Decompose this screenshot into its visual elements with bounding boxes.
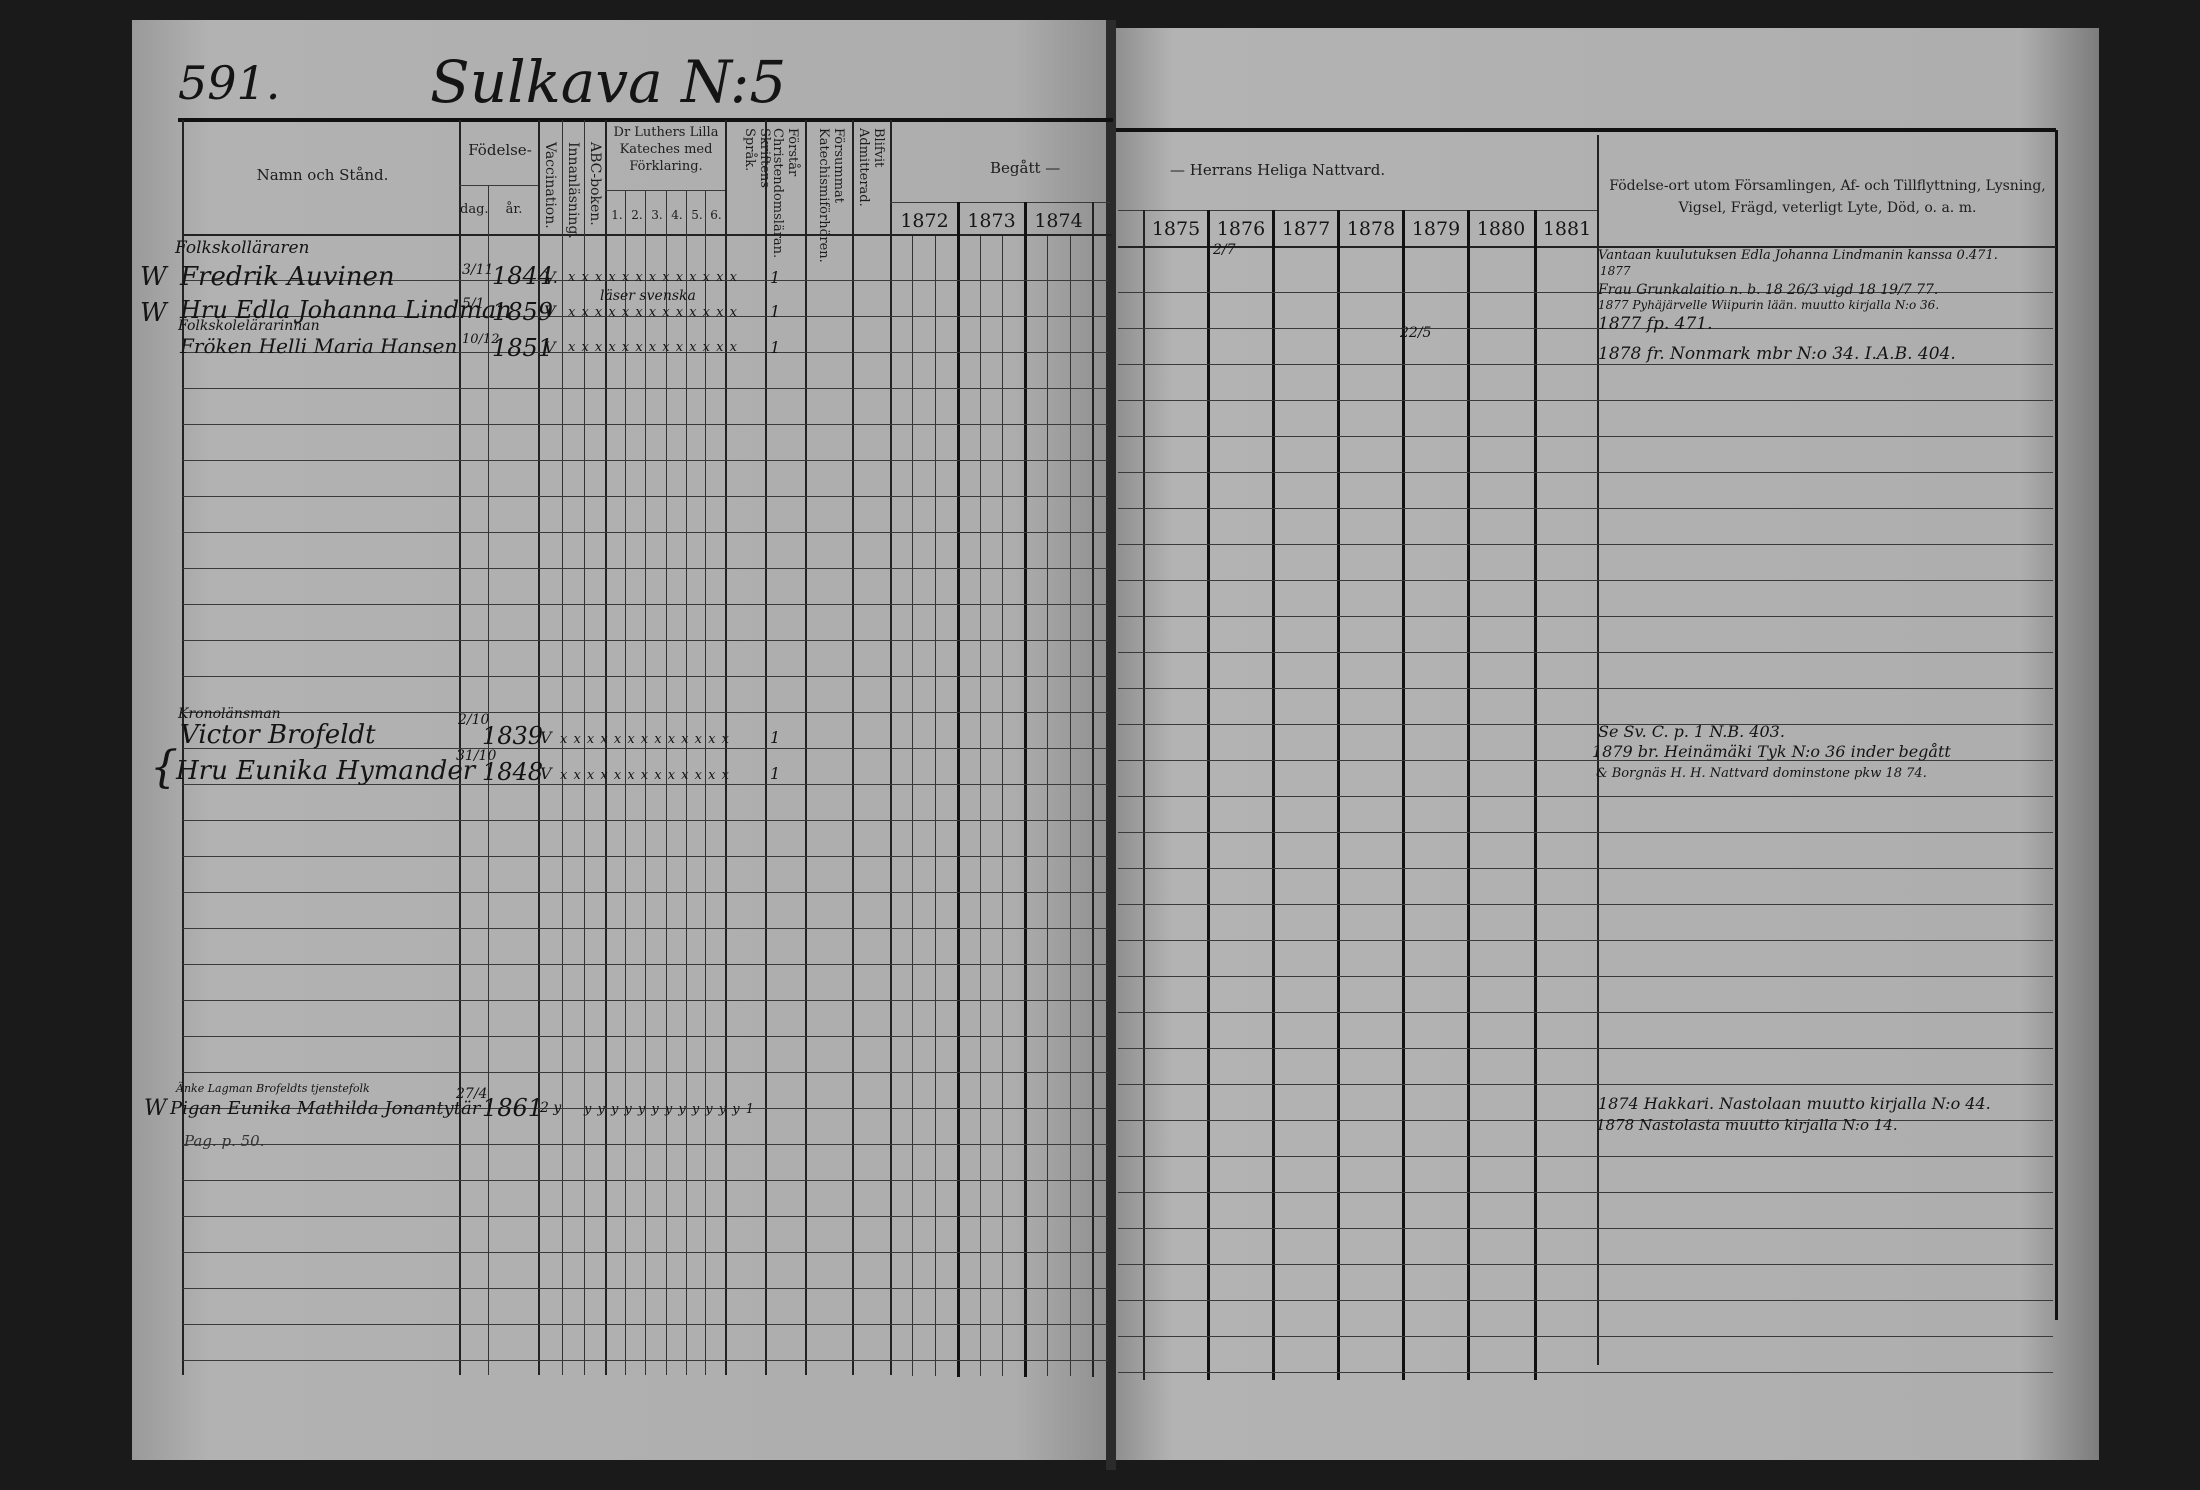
- col-rule: [1070, 236, 1071, 1376]
- col-rule: [1337, 210, 1340, 1380]
- catechism-marks: x x x x x x x x x x x x x: [560, 732, 730, 747]
- year-1873: 1873: [959, 210, 1024, 232]
- margin-mark: W: [140, 298, 167, 328]
- margin-brace: {: [150, 742, 178, 793]
- table-top-rule: [178, 118, 1113, 122]
- vaccination-mark: V.: [544, 268, 558, 287]
- note-line: 1877: [1600, 264, 1631, 278]
- reading-note: läser svenska: [600, 288, 696, 304]
- row-rule: [183, 856, 1108, 857]
- vaccination-mark: V: [540, 728, 552, 747]
- row-rule: [1118, 868, 2053, 869]
- row-rule: [1118, 1012, 2053, 1013]
- header-cat-2: 2.: [627, 205, 647, 225]
- row-rule: [1118, 1120, 2053, 1121]
- row-rule: [183, 424, 1108, 425]
- catechism-marks: y y y y y y y y y y y y 1: [584, 1102, 755, 1117]
- vaccination-mark: V: [544, 302, 556, 321]
- subhead-rule: [1118, 210, 1597, 211]
- col-rule: [1002, 236, 1003, 1376]
- header-cat-6: 6.: [706, 205, 726, 225]
- year-1877: 1877: [1275, 218, 1337, 240]
- note-line: 1877 Pyhäjärvelle Wiipurin lään. muutto …: [1598, 298, 1939, 312]
- row-rule: [183, 1000, 1108, 1001]
- table-top-rule-right: [1116, 128, 2056, 132]
- note-line: 1879 br. Heinämäki Tyk N:o 36 inder begå…: [1592, 742, 1951, 761]
- row-rule: [183, 604, 1108, 605]
- birth-year: 1848: [482, 758, 543, 786]
- scripture-mark: 1: [770, 728, 780, 747]
- page-reference: Pag. p. 50.: [184, 1132, 265, 1150]
- note-line: 1878 Nastolasta muutto kirjalla N:o 14.: [1596, 1116, 1898, 1134]
- year-1881: 1881: [1537, 218, 1597, 240]
- row-rule: [1118, 508, 2053, 509]
- header-admitted: Blifvit Admitterad.: [858, 128, 886, 228]
- header-scripture: Skriftens Språk.: [742, 128, 772, 233]
- row-rule: [1118, 1372, 2053, 1373]
- row-rule: [183, 1036, 1108, 1037]
- occupation-label: Folkskolelärarinnan: [178, 318, 320, 334]
- row-rule: [183, 1324, 1108, 1325]
- scripture-mark: 1: [770, 268, 780, 287]
- header-bottom-rule: [182, 234, 1112, 236]
- margin-mark: W: [140, 262, 167, 292]
- birth-year: 1839: [482, 722, 543, 750]
- row-rule: [183, 568, 1108, 569]
- row-rule: [1118, 364, 2053, 365]
- row-rule: [1118, 1084, 2053, 1085]
- col-rule: [1402, 210, 1405, 1380]
- header-birth-day: dag.: [460, 200, 488, 220]
- person-name: Fredrik Auvinen: [180, 262, 395, 292]
- row-rule: [1118, 616, 2053, 617]
- row-rule: [1118, 796, 2053, 797]
- row-rule: [1118, 688, 2053, 689]
- col-rule: [1024, 202, 1027, 1377]
- header-cat-5: 5.: [687, 205, 707, 225]
- header-communion-left: Begått —: [990, 158, 1100, 178]
- row-rule: [183, 676, 1108, 677]
- year-1872: 1872: [892, 210, 957, 232]
- col-rule: [980, 236, 981, 1376]
- row-rule: [183, 496, 1108, 497]
- catechism-marks: x x x x x x x x x x x x x: [568, 340, 738, 355]
- page-number: 591.: [178, 56, 280, 110]
- header-vaccination: Vaccination.: [542, 142, 557, 232]
- header-abc: ABC-boken.: [587, 142, 602, 232]
- person-name: Victor Brofeldt: [180, 720, 376, 750]
- occupation-label: Änke Lagman Brofeldts tjenstefolk: [176, 1082, 370, 1095]
- col-rule: [1047, 236, 1048, 1376]
- vaccination-mark: V: [540, 764, 552, 783]
- row-rule: [1118, 436, 2053, 437]
- header-missed: Försummat Katechismiförhören.: [812, 128, 846, 233]
- row-rule: [183, 388, 1108, 389]
- header-cat-4: 4.: [667, 205, 687, 225]
- row-rule: [183, 712, 1108, 713]
- row-rule: [1118, 1156, 2053, 1157]
- header-cat-1: 1.: [607, 205, 627, 225]
- header-cat-3: 3.: [647, 205, 667, 225]
- row-rule: [1118, 1300, 2053, 1301]
- col-rule: [935, 236, 936, 1376]
- row-rule: [183, 964, 1108, 965]
- occupation-label: Folkskolläraren: [175, 238, 310, 258]
- person-name: Hru Eunika Hymander: [176, 756, 475, 786]
- header-birth-year: år.: [490, 200, 538, 220]
- col-rule: [912, 236, 913, 1376]
- row-rule: [1118, 1192, 2053, 1193]
- row-rule: [1118, 1228, 2053, 1229]
- row-rule: [1118, 940, 2053, 941]
- note-line: & Borgnäs H. H. Nattvard dominstone pkw …: [1596, 766, 1927, 781]
- row-rule: [183, 1144, 1108, 1145]
- row-rule: [183, 892, 1108, 893]
- note-line: Frau Grunkalaitio n. b. 18 26/3 vigd 18 …: [1598, 282, 1938, 298]
- row-rule: [183, 820, 1108, 821]
- birth-day: 5/1: [462, 296, 485, 312]
- page-title: Sulkava N:5: [430, 48, 786, 116]
- header-notes: Födelse-ort utom Församlingen, Af- och T…: [1605, 175, 2050, 219]
- row-rule: [1118, 580, 2053, 581]
- year-1875: 1875: [1145, 218, 1207, 240]
- communion-1879: 22/5: [1400, 325, 1431, 341]
- header-innanlasning: Innanläsning.: [565, 142, 580, 232]
- col-rule: [1272, 210, 1275, 1380]
- row-rule: [183, 1216, 1108, 1217]
- year-1874: 1874: [1026, 210, 1091, 232]
- row-rule: [1118, 904, 2053, 905]
- person-name: Fröken Helli Maria Hansen: [180, 334, 457, 358]
- row-rule: [183, 928, 1108, 929]
- col-rule: [1534, 210, 1537, 1380]
- row-rule: [183, 1180, 1108, 1181]
- catechism-marks: x x x x x x x x x x x x x: [568, 305, 738, 320]
- header-catechism: Dr Luthers Lilla Kateches med Förklaring…: [607, 124, 725, 175]
- row-rule: [1118, 472, 2053, 473]
- note-line: Vantaan kuulutuksen Edla Johanna Lindman…: [1598, 248, 1998, 263]
- row-rule: [1118, 544, 2053, 545]
- table-right-rule: [2055, 130, 2058, 1320]
- col-rule: [1092, 202, 1094, 1377]
- note-line: 1874 Hakkari. Nastolaan muutto kirjalla …: [1598, 1094, 1991, 1113]
- catechism-marks: x x x x x x x x x x x x x: [560, 768, 730, 783]
- birth-day: 3/11: [462, 262, 493, 278]
- row-rule: [1118, 400, 2053, 401]
- catechism-marks: x x x x x x x x x x x x x: [568, 270, 738, 285]
- header-christendom: Förstår Christendomsläran.: [770, 128, 800, 233]
- note-line: 1878 fr. Nonmark mbr N:o 34. I.A.B. 404.: [1598, 344, 1956, 364]
- subhead-rule: [890, 202, 1110, 203]
- row-rule: [183, 1288, 1108, 1289]
- col-rule: [957, 202, 960, 1377]
- row-rule: [183, 1072, 1108, 1073]
- col-rule: [1143, 210, 1145, 1380]
- person-name: Pigan Eunika Mathilda Jonantytär: [170, 1098, 480, 1119]
- scripture-mark: 1: [770, 338, 780, 357]
- subhead-rule: [459, 185, 538, 186]
- header-communion-right: — Herrans Heliga Nattvard.: [1170, 160, 1490, 180]
- scripture-mark: 1: [770, 764, 780, 783]
- header-birth: Födelse-: [462, 140, 538, 160]
- col-rule: [1207, 210, 1210, 1380]
- row-rule: [1118, 1048, 2053, 1049]
- note-line: Se Sv. C. p. 1 N.B. 403.: [1598, 722, 1785, 741]
- row-rule: [1118, 976, 2053, 977]
- row-rule: [1118, 652, 2053, 653]
- header-name: Namn och Stånd.: [190, 165, 455, 185]
- year-1876: 1876: [1210, 218, 1272, 240]
- row-rule: [183, 1360, 1108, 1361]
- row-rule: [1118, 1264, 2053, 1265]
- row-rule: [183, 532, 1108, 533]
- scripture-mark: 1: [770, 302, 780, 321]
- margin-mark: W: [144, 1096, 167, 1121]
- row-rule: [183, 1252, 1108, 1253]
- row-rule: [1118, 832, 2053, 833]
- vaccination-mark: V: [544, 338, 556, 357]
- birth-year: 1861: [482, 1094, 543, 1122]
- subhead-rule: [605, 190, 725, 191]
- year-1879: 1879: [1405, 218, 1467, 240]
- year-1878: 1878: [1340, 218, 1402, 240]
- row-rule: [1118, 1336, 2053, 1337]
- row-rule: [183, 460, 1108, 461]
- row-rule: [1118, 724, 2053, 725]
- col-rule: [1467, 210, 1470, 1380]
- communion-1876: 2/7: [1213, 242, 1236, 258]
- vaccination-mark: 2 y: [540, 1100, 561, 1116]
- row-rule: [1118, 328, 2053, 329]
- row-rule: [183, 640, 1108, 641]
- year-1880: 1880: [1470, 218, 1532, 240]
- note-line: 1877 fp. 471.: [1598, 314, 1713, 334]
